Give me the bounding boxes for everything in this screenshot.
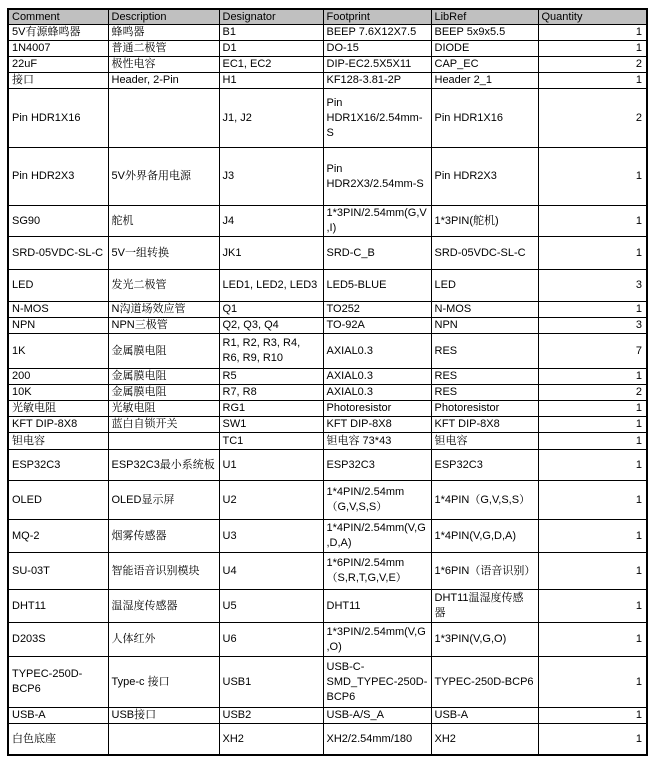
table-row: D203S人体红外U61*3PIN/2.54mm(V,G,O)1*3PIN(V,… <box>8 623 647 657</box>
cell-designator[interactable]: H1 <box>219 73 323 89</box>
cell-footprint[interactable]: TO-92A <box>323 318 431 334</box>
cell-libref[interactable]: TYPEC-250D-BCP6 <box>431 657 538 708</box>
cell-comment[interactable]: 1K <box>8 334 108 369</box>
cell-designator[interactable]: R5 <box>219 369 323 385</box>
cell-libref[interactable]: RES <box>431 385 538 401</box>
cell-description[interactable]: ESP32C3最小系统板 <box>108 450 219 481</box>
cell-footprint[interactable]: TO252 <box>323 302 431 318</box>
table-row: KFT DIP-8X8蓝白自锁开关SW1KFT DIP-8X8KFT DIP-8… <box>8 417 647 433</box>
cell-comment[interactable]: USB-A <box>8 708 108 724</box>
table-row: Pin HDR1X16J1, J2Pin HDR1X16/2.54mm-SPin… <box>8 89 647 148</box>
cell-description[interactable]: 智能语音识别模块 <box>108 553 219 590</box>
cell-quantity[interactable]: 1 <box>538 520 647 553</box>
cell-quantity[interactable]: 1 <box>538 25 647 41</box>
cell-quantity[interactable]: 1 <box>538 657 647 708</box>
cell-footprint[interactable]: 1*3PIN/2.54mm(G,V,I) <box>323 206 431 237</box>
table-row: NPNNPN三极管Q2, Q3, Q4TO-92ANPN3 <box>8 318 647 334</box>
cell-libref[interactable]: 钽电容 <box>431 433 538 450</box>
cell-comment[interactable]: LED <box>8 270 108 302</box>
cell-quantity[interactable]: 1 <box>538 450 647 481</box>
cell-comment[interactable]: D203S <box>8 623 108 657</box>
cell-libref[interactable]: RES <box>431 369 538 385</box>
table-row: LED发光二极管LED1, LED2, LED3LED5-BLUELED3 <box>8 270 647 302</box>
cell-libref[interactable]: 1*6PIN（语音识别） <box>431 553 538 590</box>
cell-libref[interactable]: 1*4PIN(V,G,D,A) <box>431 520 538 553</box>
cell-comment[interactable]: 1N4007 <box>8 41 108 57</box>
table-row: ESP32C3ESP32C3最小系统板U1ESP32C3ESP32C31 <box>8 450 647 481</box>
cell-libref[interactable]: DHT11温湿度传感器 <box>431 590 538 623</box>
table-row: 200金属膜电阻R5AXIAL0.3RES1 <box>8 369 647 385</box>
cell-footprint[interactable]: Photoresistor <box>323 401 431 417</box>
cell-designator[interactable]: U3 <box>219 520 323 553</box>
cell-footprint[interactable]: 钽电容 73*43 <box>323 433 431 450</box>
cell-quantity[interactable]: 1 <box>538 237 647 270</box>
cell-footprint[interactable]: ESP32C3 <box>323 450 431 481</box>
cell-libref[interactable]: Header 2_1 <box>431 73 538 89</box>
cell-footprint[interactable]: 1*3PIN/2.54mm(V,G,O) <box>323 623 431 657</box>
cell-libref[interactable]: Pin HDR2X3 <box>431 148 538 206</box>
column-header-quantity[interactable]: Quantity <box>538 9 647 25</box>
table-row: 接口Header, 2-PinH1KF128-3.81-2PHeader 2_1… <box>8 73 647 89</box>
table-row: 光敏电阻光敏电阻RG1PhotoresistorPhotoresistor1 <box>8 401 647 417</box>
cell-description[interactable]: OLED显示屏 <box>108 481 219 520</box>
cell-description[interactable]: 舵机 <box>108 206 219 237</box>
cell-description[interactable]: 温湿度传感器 <box>108 590 219 623</box>
table-row: SU-03T智能语音识别模块U41*6PIN/2.54mm（S,R,T,G,V,… <box>8 553 647 590</box>
cell-footprint[interactable]: XH2/2.54mm/180 <box>323 724 431 756</box>
cell-comment[interactable]: TYPEC-250D-BCP6 <box>8 657 108 708</box>
cell-description[interactable]: 光敏电阻 <box>108 401 219 417</box>
cell-description[interactable]: 蓝白自锁开关 <box>108 417 219 433</box>
table-row: 5V有源蜂鸣器蜂鸣器B1BEEP 7.6X12X7.5BEEP 5x9x5.51 <box>8 25 647 41</box>
column-header-footprint[interactable]: Footprint <box>323 9 431 25</box>
cell-comment[interactable]: N-MOS <box>8 302 108 318</box>
cell-libref[interactable]: ESP32C3 <box>431 450 538 481</box>
cell-description[interactable]: USB接口 <box>108 708 219 724</box>
table-row: USB-AUSB接口USB2USB-A/S_AUSB-A1 <box>8 708 647 724</box>
cell-quantity[interactable]: 1 <box>538 623 647 657</box>
cell-designator[interactable]: XH2 <box>219 724 323 756</box>
table-row: 钽电容TC1钽电容 73*43钽电容1 <box>8 433 647 450</box>
cell-comment[interactable]: 22uF <box>8 57 108 73</box>
cell-quantity[interactable]: 1 <box>538 481 647 520</box>
table-row: DHT11温湿度传感器U5DHT11DHT11温湿度传感器1 <box>8 590 647 623</box>
cell-comment[interactable]: 200 <box>8 369 108 385</box>
cell-footprint[interactable]: KFT DIP-8X8 <box>323 417 431 433</box>
cell-description[interactable]: 烟雾传感器 <box>108 520 219 553</box>
cell-quantity[interactable]: 2 <box>538 385 647 401</box>
cell-comment[interactable]: OLED <box>8 481 108 520</box>
cell-quantity[interactable]: 3 <box>538 270 647 302</box>
cell-footprint[interactable]: USB-A/S_A <box>323 708 431 724</box>
cell-comment[interactable]: NPN <box>8 318 108 334</box>
table-row: N-MOSN沟道场效应管Q1TO252N-MOS1 <box>8 302 647 318</box>
cell-quantity[interactable]: 3 <box>538 318 647 334</box>
cell-quantity[interactable]: 1 <box>538 401 647 417</box>
cell-libref[interactable]: CAP_EC <box>431 57 538 73</box>
cell-designator[interactable]: D1 <box>219 41 323 57</box>
cell-comment[interactable]: SG90 <box>8 206 108 237</box>
cell-designator[interactable]: B1 <box>219 25 323 41</box>
cell-comment[interactable]: 钽电容 <box>8 433 108 450</box>
cell-comment[interactable]: MQ-2 <box>8 520 108 553</box>
cell-quantity[interactable]: 2 <box>538 89 647 148</box>
cell-quantity[interactable]: 1 <box>538 73 647 89</box>
cell-libref[interactable]: LED <box>431 270 538 302</box>
cell-footprint[interactable]: DHT11 <box>323 590 431 623</box>
cell-designator[interactable]: USB2 <box>219 708 323 724</box>
column-header-description[interactable]: Description <box>108 9 219 25</box>
cell-designator[interactable]: Q2, Q3, Q4 <box>219 318 323 334</box>
cell-description[interactable]: 极性电容 <box>108 57 219 73</box>
cell-quantity[interactable]: 2 <box>538 57 647 73</box>
cell-description[interactable]: Header, 2-Pin <box>108 73 219 89</box>
cell-designator[interactable]: LED1, LED2, LED3 <box>219 270 323 302</box>
cell-designator[interactable]: J1, J2 <box>219 89 323 148</box>
cell-footprint[interactable]: AXIAL0.3 <box>323 385 431 401</box>
cell-description[interactable]: 金属膜电阻 <box>108 369 219 385</box>
cell-comment[interactable]: KFT DIP-8X8 <box>8 417 108 433</box>
cell-footprint[interactable]: DIP-EC2.5X5X11 <box>323 57 431 73</box>
cell-designator[interactable]: TC1 <box>219 433 323 450</box>
cell-footprint[interactable]: DO-15 <box>323 41 431 57</box>
table-row: Pin HDR2X35V外界备用电源J3Pin HDR2X3/2.54mm-SP… <box>8 148 647 206</box>
cell-libref[interactable]: USB-A <box>431 708 538 724</box>
cell-quantity[interactable]: 1 <box>538 302 647 318</box>
cell-designator[interactable]: R7, R8 <box>219 385 323 401</box>
cell-libref[interactable]: N-MOS <box>431 302 538 318</box>
header-row: Comment Description Designator Footprint… <box>8 9 647 25</box>
cell-libref[interactable]: 1*3PIN(V,G,O) <box>431 623 538 657</box>
cell-description[interactable]: 发光二极管 <box>108 270 219 302</box>
cell-comment[interactable]: 白色底座 <box>8 724 108 756</box>
cell-libref[interactable]: 1*3PIN(舵机) <box>431 206 538 237</box>
table-row: SRD-05VDC-SL-C5V一组转换JK1SRD-C_BSRD-05VDC-… <box>8 237 647 270</box>
cell-designator[interactable]: U6 <box>219 623 323 657</box>
cell-quantity[interactable]: 7 <box>538 334 647 369</box>
cell-designator[interactable]: RG1 <box>219 401 323 417</box>
cell-footprint[interactable]: AXIAL0.3 <box>323 369 431 385</box>
cell-comment[interactable]: DHT11 <box>8 590 108 623</box>
table-row: SG90舵机J41*3PIN/2.54mm(G,V,I)1*3PIN(舵机)1 <box>8 206 647 237</box>
bom-table-body: 5V有源蜂鸣器蜂鸣器B1BEEP 7.6X12X7.5BEEP 5x9x5.51… <box>8 25 647 756</box>
cell-designator[interactable]: EC1, EC2 <box>219 57 323 73</box>
cell-libref[interactable]: NPN <box>431 318 538 334</box>
cell-designator[interactable]: U2 <box>219 481 323 520</box>
cell-comment[interactable]: 光敏电阻 <box>8 401 108 417</box>
cell-comment[interactable]: 5V有源蜂鸣器 <box>8 25 108 41</box>
cell-description[interactable]: 人体红外 <box>108 623 219 657</box>
column-header-designator[interactable]: Designator <box>219 9 323 25</box>
cell-comment[interactable]: Pin HDR1X16 <box>8 89 108 148</box>
table-row: 22uF极性电容EC1, EC2DIP-EC2.5X5X11CAP_EC2 <box>8 57 647 73</box>
cell-description[interactable]: 蜂鸣器 <box>108 25 219 41</box>
cell-footprint[interactable]: BEEP 7.6X12X7.5 <box>323 25 431 41</box>
table-row: OLEDOLED显示屏U21*4PIN/2.54mm（G,V,S,S）1*4PI… <box>8 481 647 520</box>
cell-libref[interactable]: 1*4PIN（G,V,S,S） <box>431 481 538 520</box>
cell-designator[interactable]: J3 <box>219 148 323 206</box>
cell-description[interactable]: 金属膜电阻 <box>108 334 219 369</box>
cell-footprint[interactable]: SRD-C_B <box>323 237 431 270</box>
cell-quantity[interactable]: 1 <box>538 724 647 756</box>
bom-table-header: Comment Description Designator Footprint… <box>8 9 647 25</box>
cell-footprint[interactable]: KF128-3.81-2P <box>323 73 431 89</box>
cell-comment[interactable]: 10K <box>8 385 108 401</box>
cell-comment[interactable]: SRD-05VDC-SL-C <box>8 237 108 270</box>
cell-quantity[interactable]: 1 <box>538 708 647 724</box>
column-header-libref[interactable]: LibRef <box>431 9 538 25</box>
cell-description[interactable]: 普通二极管 <box>108 41 219 57</box>
table-row: 1K金属膜电阻R1, R2, R3, R4, R6, R9, R10AXIAL0… <box>8 334 647 369</box>
cell-description[interactable] <box>108 89 219 148</box>
cell-libref[interactable]: BEEP 5x9x5.5 <box>431 25 538 41</box>
cell-designator[interactable]: JK1 <box>219 237 323 270</box>
cell-libref[interactable]: Pin HDR1X16 <box>431 89 538 148</box>
table-row: 1N4007普通二极管D1DO-15DIODE1 <box>8 41 647 57</box>
cell-footprint[interactable]: AXIAL0.3 <box>323 334 431 369</box>
cell-quantity[interactable]: 1 <box>538 206 647 237</box>
cell-libref[interactable]: Photoresistor <box>431 401 538 417</box>
cell-designator[interactable]: U5 <box>219 590 323 623</box>
table-row: TYPEC-250D-BCP6Type-c 接口USB1USB-C-SMD_TY… <box>8 657 647 708</box>
column-header-comment[interactable]: Comment <box>8 9 108 25</box>
cell-libref[interactable]: SRD-05VDC-SL-C <box>431 237 538 270</box>
cell-designator[interactable]: R1, R2, R3, R4, R6, R9, R10 <box>219 334 323 369</box>
cell-footprint[interactable]: Pin HDR1X16/2.54mm-S <box>323 89 431 148</box>
cell-description[interactable]: 5V一组转换 <box>108 237 219 270</box>
cell-quantity[interactable]: 1 <box>538 433 647 450</box>
cell-description[interactable] <box>108 724 219 756</box>
cell-designator[interactable]: SW1 <box>219 417 323 433</box>
cell-comment[interactable]: SU-03T <box>8 553 108 590</box>
cell-designator[interactable]: Q1 <box>219 302 323 318</box>
cell-quantity[interactable]: 1 <box>538 553 647 590</box>
table-row: 10K金属膜电阻R7, R8AXIAL0.3RES2 <box>8 385 647 401</box>
cell-libref[interactable]: RES <box>431 334 538 369</box>
cell-description[interactable] <box>108 433 219 450</box>
cell-footprint[interactable]: 1*4PIN/2.54mm(V,G,D,A) <box>323 520 431 553</box>
cell-description[interactable]: Type-c 接口 <box>108 657 219 708</box>
table-row: MQ-2烟雾传感器U31*4PIN/2.54mm(V,G,D,A)1*4PIN(… <box>8 520 647 553</box>
cell-description[interactable]: NPN三极管 <box>108 318 219 334</box>
cell-quantity[interactable]: 1 <box>538 41 647 57</box>
cell-footprint[interactable]: USB-C-SMD_TYPEC-250D-BCP6 <box>323 657 431 708</box>
cell-designator[interactable]: USB1 <box>219 657 323 708</box>
cell-footprint[interactable]: LED5-BLUE <box>323 270 431 302</box>
cell-designator[interactable]: U1 <box>219 450 323 481</box>
cell-libref[interactable]: KFT DIP-8X8 <box>431 417 538 433</box>
cell-libref[interactable]: XH2 <box>431 724 538 756</box>
table-row: 白色底座XH2XH2/2.54mm/180XH21 <box>8 724 647 756</box>
cell-quantity[interactable]: 1 <box>538 148 647 206</box>
cell-comment[interactable]: Pin HDR2X3 <box>8 148 108 206</box>
cell-description[interactable]: N沟道场效应管 <box>108 302 219 318</box>
cell-description[interactable]: 5V外界备用电源 <box>108 148 219 206</box>
cell-quantity[interactable]: 1 <box>538 369 647 385</box>
cell-footprint[interactable]: 1*6PIN/2.54mm（S,R,T,G,V,E） <box>323 553 431 590</box>
cell-designator[interactable]: J4 <box>219 206 323 237</box>
cell-comment[interactable]: 接口 <box>8 73 108 89</box>
cell-footprint[interactable]: 1*4PIN/2.54mm（G,V,S,S） <box>323 481 431 520</box>
bom-sheet: Comment Description Designator Footprint… <box>7 8 648 756</box>
cell-libref[interactable]: DIODE <box>431 41 538 57</box>
cell-quantity[interactable]: 1 <box>538 417 647 433</box>
cell-description[interactable]: 金属膜电阻 <box>108 385 219 401</box>
cell-comment[interactable]: ESP32C3 <box>8 450 108 481</box>
cell-quantity[interactable]: 1 <box>538 590 647 623</box>
bom-table: Comment Description Designator Footprint… <box>7 8 648 756</box>
cell-designator[interactable]: U4 <box>219 553 323 590</box>
cell-footprint[interactable]: Pin HDR2X3/2.54mm-S <box>323 148 431 206</box>
